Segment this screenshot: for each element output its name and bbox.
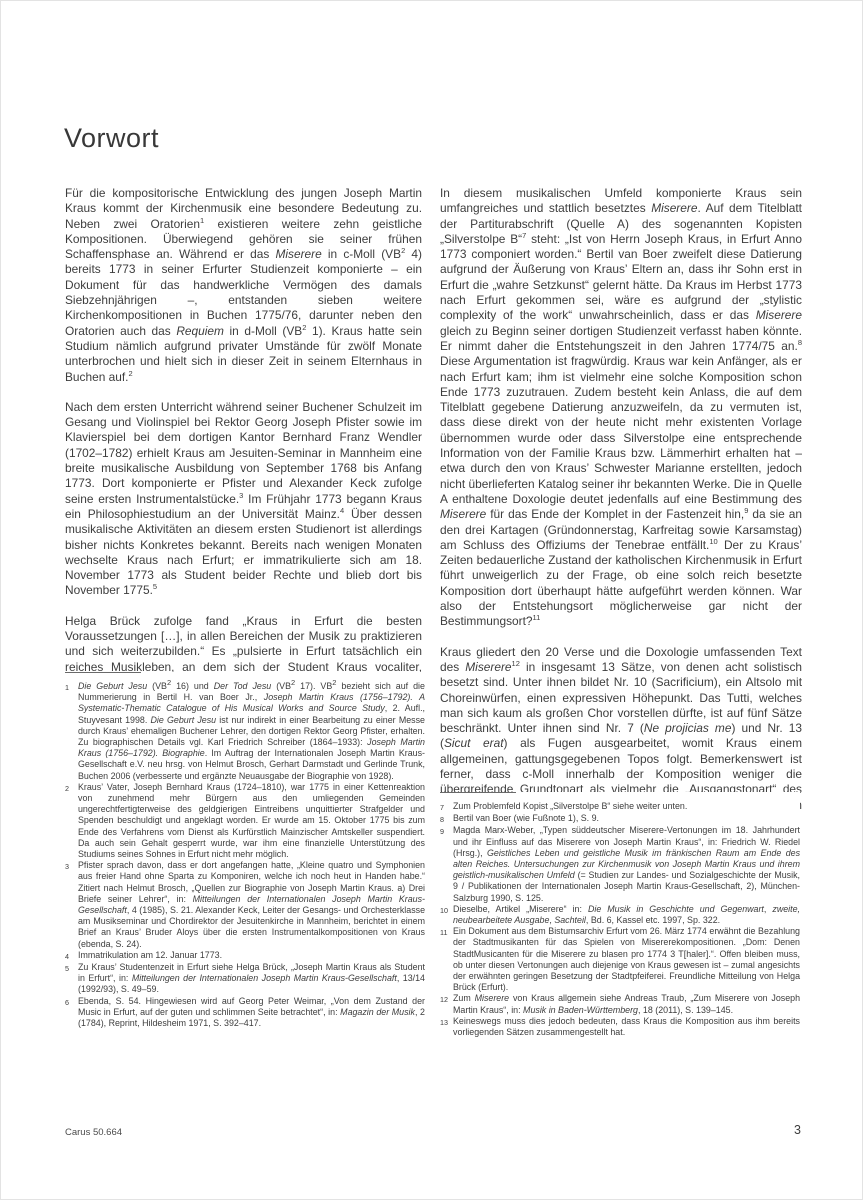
paragraph: Für die kompositorische Entwicklung des …: [65, 186, 422, 385]
footnote-number: 12: [440, 993, 453, 1015]
right-column: In diesem musikalischen Umfeld komponier…: [440, 186, 802, 843]
footnote-number: 1: [65, 681, 78, 782]
footnote-number: 11: [440, 926, 453, 993]
footnote: 7 Zum Problemfeld Kopist „Silverstolpe B…: [440, 801, 800, 813]
footnote-text: Die Geburt Jesu (VB2 16) und Der Tod Jes…: [78, 681, 425, 782]
page-number: 3: [794, 1123, 801, 1137]
footnote-number: 2: [65, 782, 78, 860]
footnote: 6 Ebenda, S. 54. Hingewiesen wird auf Ge…: [65, 996, 425, 1030]
footnote-text: Immatrikulation am 12. Januar 1773.: [78, 950, 425, 962]
footnote: 3 Pfister sprach davon, dass er dort ang…: [65, 860, 425, 950]
footnote-number: 6: [65, 996, 78, 1030]
document-page: Vorwort Für die kompositorische Entwickl…: [0, 0, 863, 1200]
paragraph: In diesem musikalischen Umfeld komponier…: [440, 186, 802, 630]
footnote: 10 Dieselbe, Artikel „Miserere“ in: Die …: [440, 904, 800, 926]
right-footnotes: 7 Zum Problemfeld Kopist „Silverstolpe B…: [440, 792, 800, 1038]
footnote-text: Keineswegs muss dies jedoch bedeuten, da…: [453, 1016, 800, 1038]
footnote-number: 9: [440, 825, 453, 903]
footnote: 8 Bertil van Boer (wie Fußnote 1), S. 9.: [440, 813, 800, 825]
footnote-text: Bertil van Boer (wie Fußnote 1), S. 9.: [453, 813, 800, 825]
footnote: 1 Die Geburt Jesu (VB2 16) und Der Tod J…: [65, 681, 425, 782]
footnote: 13 Keineswegs muss dies jedoch bedeuten,…: [440, 1016, 800, 1038]
footnote-divider: [65, 672, 141, 673]
footnote: 2 Kraus’ Vater, Joseph Bernhard Kraus (1…: [65, 782, 425, 860]
edition-number: Carus 50.664: [65, 1127, 122, 1138]
footnote-number: 8: [440, 813, 453, 825]
footnote-text: Pfister sprach davon, dass er dort angef…: [78, 860, 425, 950]
footnote: 11 Ein Dokument aus dem Bistumsarchiv Er…: [440, 926, 800, 993]
footnote-number: 3: [65, 860, 78, 950]
footnote-number: 4: [65, 950, 78, 962]
footnote-text: Dieselbe, Artikel „Miserere“ in: Die Mus…: [453, 904, 800, 926]
footnote-text: Kraus’ Vater, Joseph Bernhard Kraus (172…: [78, 782, 425, 860]
footnote: 4 Immatrikulation am 12. Januar 1773.: [65, 950, 425, 962]
footnote: 12 Zum Miserere von Kraus allgemein sieh…: [440, 993, 800, 1015]
footnote-text: Ein Dokument aus dem Bistumsarchiv Erfur…: [453, 926, 800, 993]
page-title: Vorwort: [64, 123, 159, 154]
left-column: Für die kompositorische Entwicklung des …: [65, 186, 422, 705]
footnote-divider: [440, 792, 516, 793]
footnote-number: 10: [440, 904, 453, 926]
paragraph: Nach dem ersten Unterricht während seine…: [65, 400, 422, 599]
footnote-number: 5: [65, 962, 78, 996]
left-footnotes: 1 Die Geburt Jesu (VB2 16) und Der Tod J…: [65, 672, 425, 1029]
footnote-text: Ebenda, S. 54. Hingewiesen wird auf Geor…: [78, 996, 425, 1030]
footnote-text: Zum Miserere von Kraus allgemein siehe A…: [453, 993, 800, 1015]
footnote-number: 7: [440, 801, 453, 813]
footnote: 5 Zu Kraus’ Studentenzeit in Erfurt sieh…: [65, 962, 425, 996]
footnote-text: Zu Kraus’ Studentenzeit in Erfurt siehe …: [78, 962, 425, 996]
footnote-number: 13: [440, 1016, 453, 1038]
footnote: 9 Magda Marx-Weber, „Typen süddeutscher …: [440, 825, 800, 903]
footnote-text: Zum Problemfeld Kopist „Silverstolpe B“ …: [453, 801, 800, 813]
footnote-text: Magda Marx-Weber, „Typen süddeutscher Mi…: [453, 825, 800, 903]
